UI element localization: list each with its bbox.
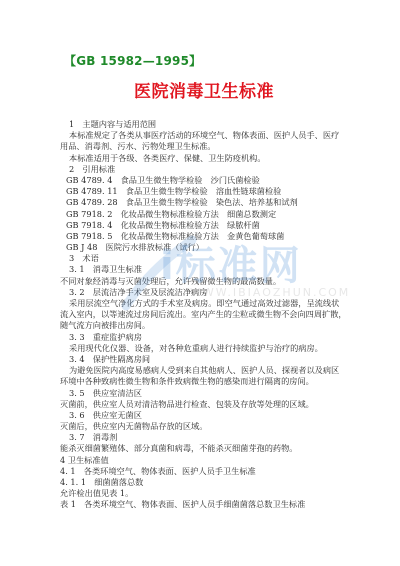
subsection-heading: 3. 5 供应室清洁区	[60, 388, 345, 399]
reference-item: GB 7918. 5 化妆品微生物标准检验方法 金黄色葡萄球菌	[60, 231, 345, 242]
reference-item: GB J 48 医院污水排放标准（试行）	[60, 242, 345, 253]
document-body: 1 主题内容与适用范围 本标准规定了各类从事医疗活动的环境空气、物体表面、医护人…	[60, 119, 345, 511]
section-heading: 1 主题内容与适用范围	[60, 119, 345, 130]
document-title: 医院消毒卫生标准	[0, 77, 400, 102]
subsection-heading: 3. 7 消毒剂	[60, 432, 345, 443]
paragraph-line: 灭菌前，供应室人员对清洁物品进行检查、包装及存放等处理的区域。	[60, 399, 345, 410]
table-caption: 表 1 各类环境空气、物体表面、医护人员手细菌菌落总数卫生标准	[60, 499, 345, 510]
subsection-heading: 3. 4 保护性隔离房间	[60, 354, 345, 365]
paragraph-line: 采用现代化仪器、设备，对各种危重病人进行持续监护与治疗的病房。	[60, 343, 345, 354]
reference-item: GB 4789. 11 食品卫生微生物学检验 溶血性链球菌检验	[60, 186, 345, 197]
subsection-heading: 3. 2 层流洁净手术室及层流洁净病房	[60, 287, 345, 298]
paragraph-line: 允许检出值见表 1。	[60, 488, 345, 499]
paragraph-line: 随气流方向被排出房间。	[60, 320, 345, 331]
paragraph-line: 灭菌后，供应室内无菌物品存放的区域。	[60, 421, 345, 432]
paragraph-line: 能杀灭细菌繁殖体、部分真菌和病毒，不能杀灭细菌芽孢的药物。	[60, 443, 345, 454]
paragraph-line: 流入室内，以等速流过房间后流出。室内产生的尘粒或微生物不会向四周扩散，	[60, 309, 345, 320]
document-page: 【GB 15982—1995】 医院消毒卫生标准 1 主题内容与适用范围 本标准…	[0, 0, 400, 566]
paragraph-line: 不同对象经消毒与灭菌处理后，允许残留微生物的最高数量。	[60, 276, 345, 287]
reference-item: GB 4789. 4 食品卫生微生物学检验 沙门氏菌检验	[60, 175, 345, 186]
paragraph-line: 为避免医院内高度易感病人受到来自其他病人、医护人员、探视者以及病区	[60, 365, 345, 376]
paragraph-line: 本标准规定了各类从事医疗活动的环境空气、物体表面、医护人员手、医疗	[60, 130, 345, 141]
subsection-heading: 4. 1 各类环境空气、物体表面、医护人员手卫生标准	[60, 466, 345, 477]
paragraph-line: 本标准适用于各级、各类医疗、保健、卫生防疫机构。	[60, 153, 345, 164]
section-heading: 2 引用标准	[60, 164, 345, 175]
subsection-heading: 4. 1. 1 细菌菌落总数	[60, 477, 345, 488]
paragraph-line: 采用层流空气净化方式的手术室及病房。即空气通过高效过滤器，呈流线状	[60, 298, 345, 309]
standard-code: 【GB 15982—1995】	[64, 52, 201, 69]
reference-item: GB 7918. 2 化妆品微生物标准检验方法 细菌总数测定	[60, 209, 345, 220]
subsection-heading: 3. 3 重症监护病房	[60, 332, 345, 343]
paragraph-line: 环境中各种致病性微生物和条件致病微生物的感染而进行隔离的房间。	[60, 376, 345, 387]
reference-item: GB 7918. 4 化妆品微生物标准检验方法 绿脓杆菌	[60, 220, 345, 231]
reference-item: GB 4789. 28 食品卫生微生物学检验 染色法、培养基和试剂	[60, 197, 345, 208]
section-heading: 4 卫生标准值	[60, 455, 345, 466]
subsection-heading: 3. 6 供应室无菌区	[60, 410, 345, 421]
paragraph-line: 用品、消毒剂、污水、污物处理卫生标准。	[60, 141, 345, 152]
section-heading: 3 术语	[60, 253, 345, 264]
subsection-heading: 3. 1 消毒卫生标准	[60, 264, 345, 275]
